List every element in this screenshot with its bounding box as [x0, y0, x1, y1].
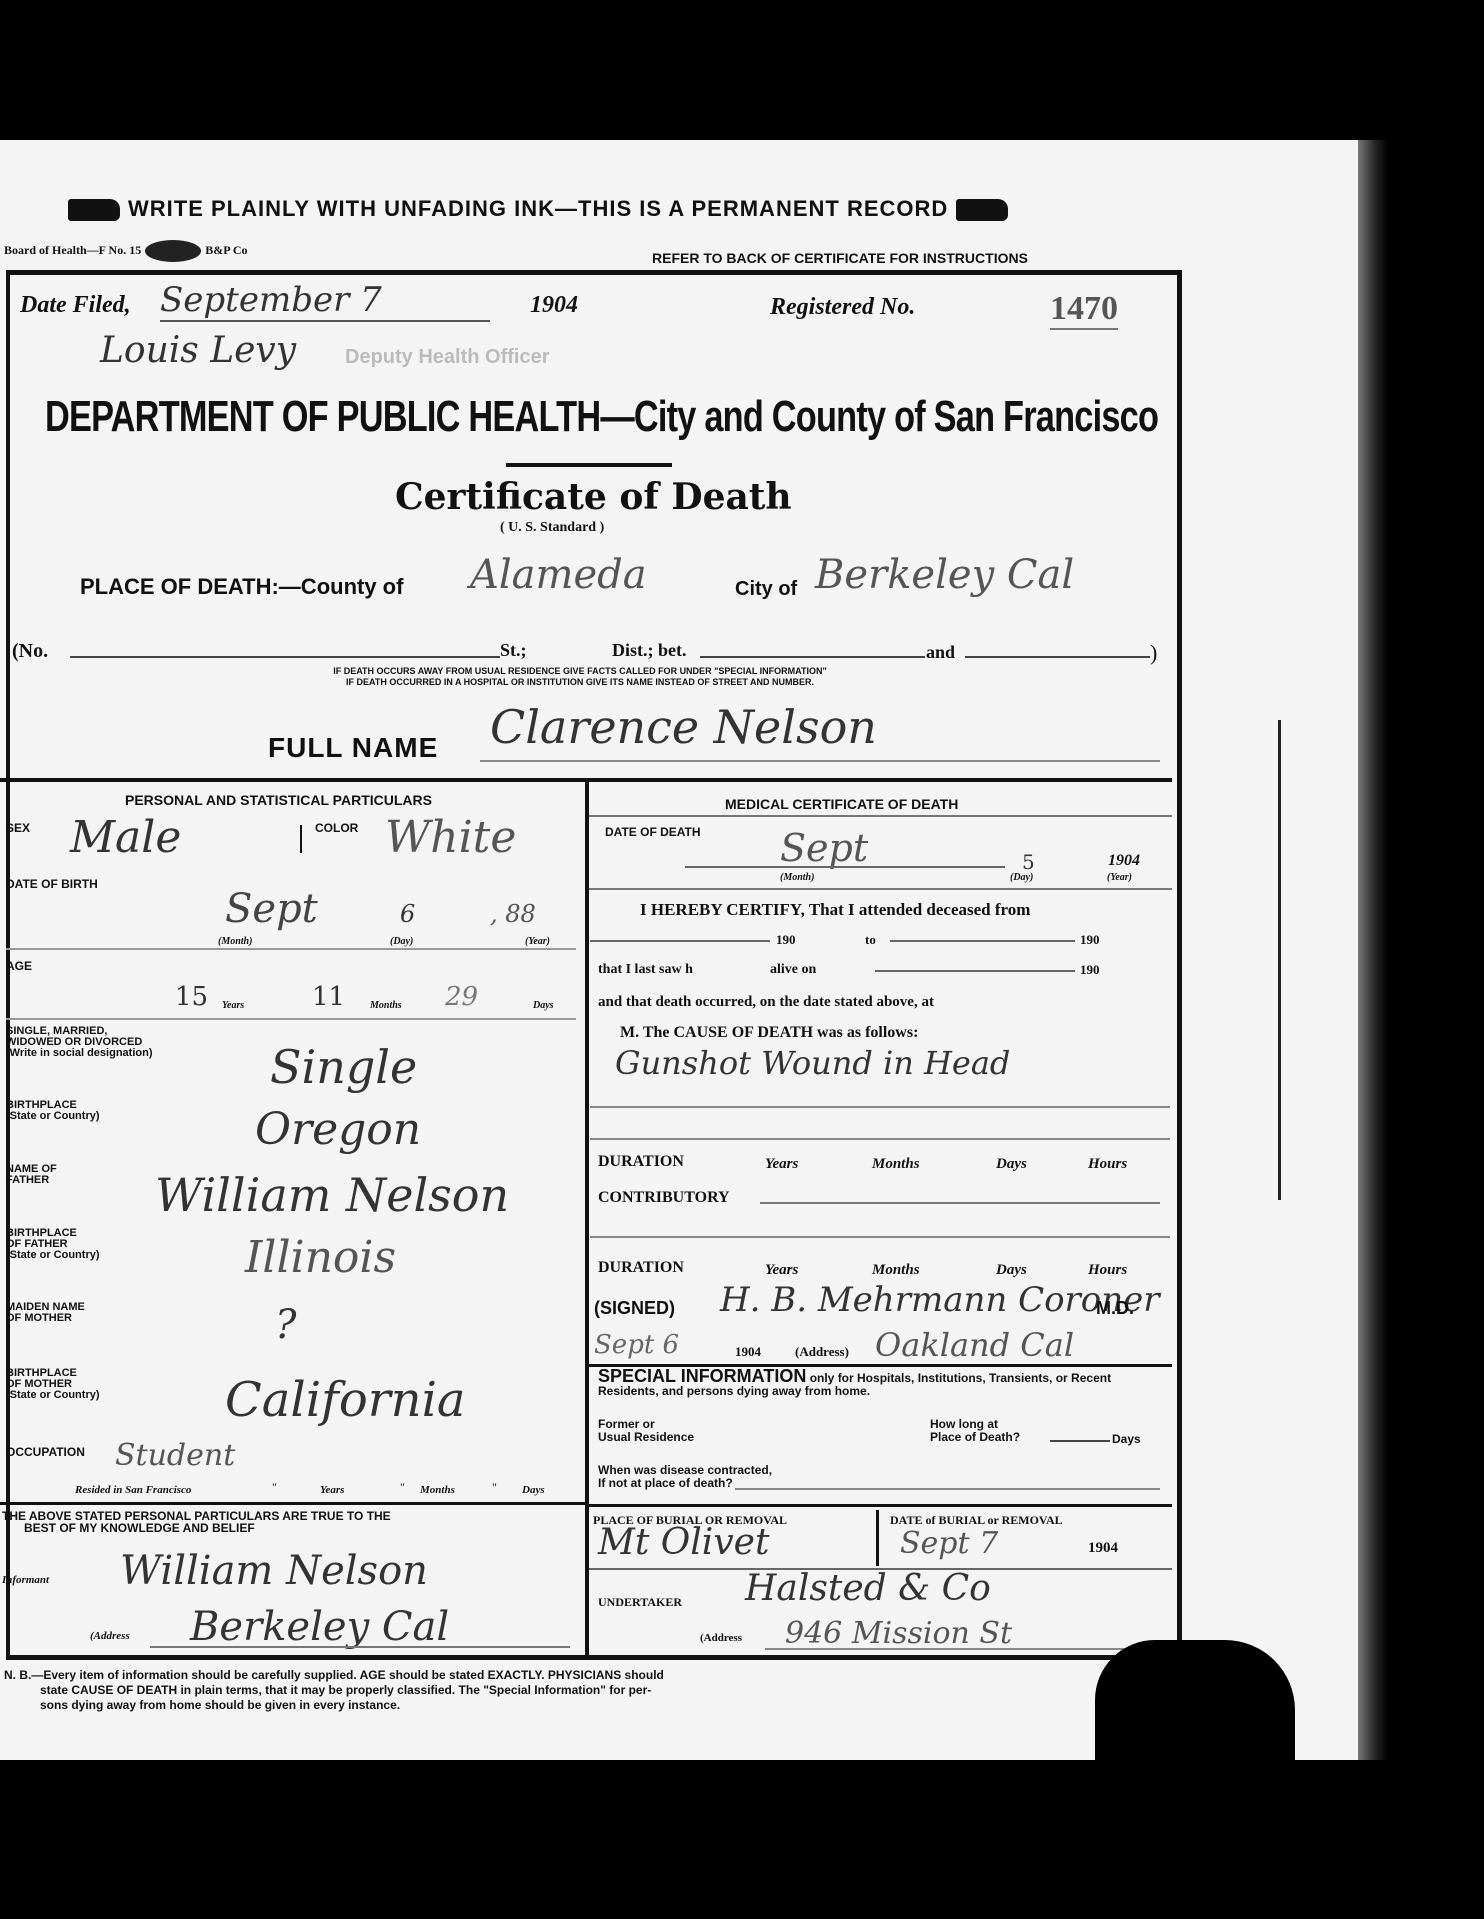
undertaker-value: Halsted & Co	[745, 1568, 991, 1609]
registered-number: 1470	[1050, 290, 1118, 330]
dob-day-caption: (Day)	[390, 936, 413, 947]
burial-year: 1904	[1088, 1540, 1118, 1557]
duration-years: Years	[765, 1156, 798, 1173]
physician-address-label: (Address)	[795, 1344, 849, 1360]
dob-month: Sept	[225, 886, 318, 932]
sex-color-divider	[300, 825, 302, 853]
officer-signature: Louis Levy	[100, 330, 296, 371]
from-190: 190	[776, 932, 796, 948]
certify-statement: I HEREBY CERTIFY, That I attended deceas…	[640, 900, 1030, 920]
resided-years-caption: Years	[320, 1484, 344, 1496]
dod-year: 1904	[1108, 852, 1140, 870]
full-name-value: Clarence Nelson	[490, 700, 877, 754]
signed-date: Sept 6	[594, 1330, 679, 1360]
dod-label: DATE OF DEATH	[605, 826, 701, 838]
age-months: 11	[312, 982, 345, 1012]
cause-line-2	[590, 1106, 1170, 1108]
refer-instructions: REFER TO BACK OF CERTIFICATE FOR INSTRUC…	[652, 250, 1028, 266]
alive-190: 190	[1080, 962, 1100, 978]
dod-line	[685, 866, 1005, 868]
duration-hours: Hours	[1088, 1156, 1127, 1173]
color-label: COLOR	[315, 822, 358, 834]
permanent-record-banner: WRITE PLAINLY WITH UNFADING INK—THIS IS …	[60, 196, 1016, 222]
certificate-title: Certificate of Death	[395, 476, 792, 518]
burial-divider	[876, 1510, 879, 1566]
street-no-label: (No.	[12, 640, 48, 663]
attestation: THE ABOVE STATED PERSONAL PARTICULARS AR…	[2, 1510, 391, 1534]
paper-edge-shadow	[1358, 140, 1388, 1760]
how-long-days-label: Days	[1112, 1432, 1141, 1446]
contracted-line	[735, 1488, 1160, 1490]
father-birthplace-value: Illinois	[245, 1232, 396, 1283]
undertaker-label: UNDERTAKER	[598, 1596, 682, 1608]
dod-day: 5	[1022, 850, 1035, 874]
pointing-hand-icon	[68, 199, 120, 221]
cause-value: Gunshot Wound in Head	[615, 1044, 1010, 1082]
column-divider	[585, 778, 589, 1658]
occurred-statement: and that death occurred, on the date sta…	[598, 994, 934, 1011]
signed-value: H. B. Mehrmann Coroner	[720, 1280, 1160, 1320]
age-days: 29	[445, 982, 478, 1012]
how-long-label: How long at Place of Death?	[930, 1418, 1020, 1444]
undertaker-address-label: (Address	[700, 1632, 742, 1644]
contracted-label: When was disease contracted, If not at p…	[598, 1464, 772, 1490]
color-value: White	[385, 812, 516, 863]
alive-on-label: alive on	[770, 962, 816, 978]
informant-address-value: Berkeley Cal	[190, 1604, 449, 1650]
resided-months-value: "	[400, 1480, 405, 1495]
informant-label: Informant	[2, 1574, 49, 1586]
dist-line	[700, 656, 925, 658]
full-name-line	[480, 760, 1160, 762]
pointing-hand-icon	[956, 199, 1008, 221]
date-filed-label: Date Filed,	[20, 292, 131, 319]
dod-month: Sept	[780, 826, 868, 870]
occupation-value: Student	[115, 1438, 235, 1473]
informant-address-line	[150, 1646, 570, 1648]
dist-label: Dist.; bet.	[612, 640, 687, 661]
md-label: M.D.	[1096, 1298, 1134, 1319]
dob-label: DATE OF BIRTH	[6, 878, 98, 890]
to-190: 190	[1080, 932, 1100, 948]
dob-year-caption: (Year)	[525, 936, 550, 947]
burial-date-value: Sept 7	[900, 1526, 998, 1561]
duration-days: Days	[996, 1156, 1027, 1173]
contributory-duration-days: Days	[996, 1262, 1027, 1279]
dod-year-caption: (Year)	[1107, 872, 1132, 883]
contributory-duration-hours: Hours	[1088, 1262, 1127, 1279]
street-line	[70, 656, 500, 658]
city-label: City of	[735, 578, 797, 601]
place-of-death-label: PLACE OF DEATH:—County of	[80, 574, 403, 600]
sex-label: SEX	[6, 822, 30, 834]
dod-month-caption: (Month)	[780, 872, 814, 883]
father-name-label: NAME OF FATHER	[6, 1164, 57, 1186]
sex-value: Male	[70, 812, 181, 863]
contributory-duration-months: Months	[872, 1262, 920, 1279]
contributory-label: CONTRIBUTORY	[598, 1192, 730, 1204]
department-title: DEPARTMENT OF PUBLIC HEALTH—City and Cou…	[45, 392, 1158, 442]
cause-line-3	[590, 1138, 1170, 1140]
dob-day: 6	[400, 900, 415, 928]
physician-address-value: Oakland Cal	[875, 1326, 1074, 1364]
dob-rule	[6, 948, 576, 950]
special-heading: SPECIAL INFORMATION only for Hospitals, …	[598, 1370, 1153, 1398]
full-name-label: FULL NAME	[268, 732, 438, 764]
special-bottom-rule	[589, 1504, 1172, 1507]
signed-year: 1904	[735, 1344, 761, 1360]
marital-label: SINGLE, MARRIED, WIDOWED OR DIVORCED (Wr…	[6, 1026, 152, 1059]
birthplace-label: BIRTHPLACE (State or Country)	[6, 1100, 100, 1122]
mother-birthplace-value: California	[225, 1372, 466, 1428]
signed-label: (SIGNED)	[594, 1298, 675, 1319]
to-line	[890, 940, 1075, 942]
residence-note: IF DEATH OCCURS AWAY FROM USUAL RESIDENC…	[150, 666, 1010, 688]
resided-label: Resided in San Francisco	[75, 1484, 191, 1496]
to-label: to	[865, 932, 876, 948]
date-filed-year: 1904	[530, 292, 578, 319]
from-line	[590, 940, 770, 942]
marital-value: Single	[270, 1040, 417, 1094]
registered-label: Registered No.	[770, 294, 915, 321]
mother-name-label: MAIDEN NAME OF MOTHER	[6, 1302, 85, 1324]
union-seal-icon	[145, 240, 201, 262]
form-id: Board of Health—F No. 15B&P Co	[4, 240, 248, 262]
birthplace-value: Oregon	[255, 1104, 421, 1155]
resided-days-value: "	[492, 1480, 497, 1495]
footer-note: N. B.—Every item of information should b…	[4, 1668, 1084, 1713]
contributory-line-2	[590, 1236, 1170, 1238]
margin-stray-line	[1278, 720, 1281, 1200]
burial-date-label: DATE of BURIAL or REMOVAL	[890, 1514, 1063, 1526]
us-standard: ( U. S. Standard )	[500, 520, 604, 536]
contributory-duration-label: DURATION	[598, 1262, 684, 1274]
st-label: St.;	[500, 640, 527, 661]
father-birthplace-label: BIRTHPLACE OF FATHER (State or Country)	[6, 1228, 100, 1261]
duration-label: DURATION	[598, 1156, 684, 1168]
and-label: and	[926, 642, 955, 663]
former-residence-label: Former or Usual Residence	[598, 1418, 694, 1444]
how-long-line	[1050, 1440, 1110, 1442]
contributory-line	[760, 1202, 1160, 1204]
last-saw-label: that I last saw h	[598, 962, 693, 978]
mother-birthplace-label: BIRTHPLACE OF MOTHER (State or Country)	[6, 1368, 100, 1401]
alive-on-line	[875, 970, 1075, 972]
burial-place-value: Mt Olivet	[598, 1522, 769, 1563]
resided-years-value: "	[272, 1480, 277, 1495]
personal-heading: PERSONAL AND STATISTICAL PARTICULARS	[125, 792, 432, 808]
medical-heading-rule	[589, 815, 1172, 817]
dob-year: , 88	[490, 900, 536, 928]
informant-value: William Nelson	[120, 1548, 428, 1594]
age-rule	[6, 1018, 576, 1020]
resided-months-caption: Months	[420, 1484, 455, 1496]
mother-name-value: ?	[275, 1302, 296, 1348]
occupation-label: OCCUPATION	[6, 1446, 85, 1458]
informant-address-label: (Address	[90, 1630, 130, 1642]
county-value: Alameda	[470, 552, 647, 598]
contributory-duration-years: Years	[765, 1262, 798, 1279]
officer-title: Deputy Health Officer	[345, 346, 549, 369]
dod-rule	[589, 888, 1172, 890]
age-days-caption: Days	[533, 1000, 554, 1011]
and-line	[965, 656, 1150, 658]
father-name-value: William Nelson	[155, 1168, 509, 1222]
age-years-caption: Years	[222, 1000, 244, 1011]
age-label: AGE	[6, 960, 32, 972]
undertaker-address-line	[765, 1648, 1160, 1650]
age-years: 15	[175, 982, 208, 1012]
city-value: Berkeley Cal	[815, 552, 1074, 598]
title-divider	[506, 463, 672, 467]
dod-day-caption: (Day)	[1010, 872, 1033, 883]
date-filed-value: September 7	[160, 280, 490, 322]
personal-bottom-rule	[0, 1502, 585, 1505]
close-paren: )	[1150, 640, 1157, 666]
age-months-caption: Months	[370, 1000, 402, 1011]
medical-heading: MEDICAL CERTIFICATE OF DEATH	[725, 796, 958, 812]
duration-months: Months	[872, 1156, 920, 1173]
undertaker-address-value: 946 Mission St	[785, 1616, 1012, 1651]
dob-month-caption: (Month)	[218, 936, 252, 947]
cause-label: M. The CAUSE OF DEATH was as follows:	[620, 1024, 918, 1042]
scanner-thumb-shadow	[1095, 1640, 1295, 1790]
resided-days-caption: Days	[522, 1484, 545, 1496]
